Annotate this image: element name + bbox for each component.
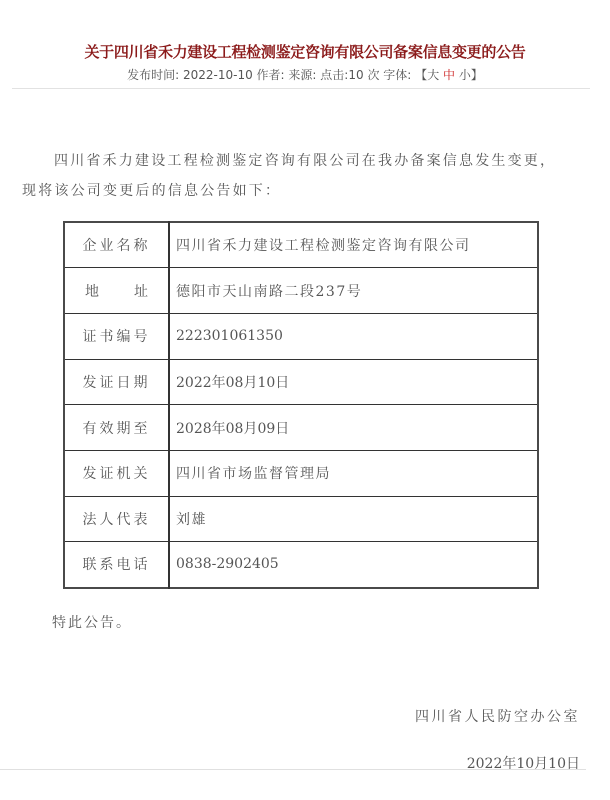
clicks-value: 10 (348, 68, 363, 82)
publish-date: 2022-10-10 (183, 68, 253, 82)
publish-label: 发布时间: (127, 68, 179, 82)
row-value-issue-date: 2022年08月10日 (169, 359, 538, 405)
article-meta: 发布时间: 2022-10-10 作者: 来源: 点击:10 次 字体: 【大 … (0, 66, 610, 83)
row-value-legal-representative: 刘雄 (169, 496, 538, 542)
row-value-phone: 0838-2902405 (169, 542, 538, 588)
font-size-large-button[interactable]: 大 (427, 68, 439, 82)
row-label-valid-until: 有效期至 (64, 405, 169, 451)
table-row: 有效期至 2028年08月09日 (64, 405, 538, 451)
clicks-label: 点击: (320, 68, 348, 82)
row-value-address: 德阳市天山南路二段237号 (169, 268, 538, 314)
intro-line-1: 四川省禾力建设工程检测鉴定咨询有限公司在我办备案信息发生变更， (22, 146, 592, 176)
table-row: 法人代表 刘雄 (64, 496, 538, 542)
row-label-issue-date: 发证日期 (64, 359, 169, 405)
footer-divider (0, 769, 586, 770)
bracket-close: 】 (471, 68, 483, 82)
intro-line-2: 现将该公司变更后的信息公告如下： (22, 176, 592, 206)
row-label-issuing-authority: 发证机关 (64, 450, 169, 496)
row-value-company-name: 四川省禾力建设工程检测鉴定咨询有限公司 (169, 222, 538, 268)
row-label-certificate-number: 证书编号 (64, 313, 169, 359)
font-size-label: 字体: (383, 68, 411, 82)
signature-date: 2022年10月10日 (467, 753, 580, 773)
clicks-unit: 次 (367, 68, 379, 82)
intro-paragraph: 四川省禾力建设工程检测鉴定咨询有限公司在我办备案信息发生变更， 现将该公司变更后… (22, 146, 592, 206)
table-row: 联系电话 0838-2902405 (64, 542, 538, 588)
font-size-medium-button[interactable]: 中 (443, 68, 455, 82)
header-divider (12, 88, 590, 89)
table-row: 发证机关 四川省市场监督管理局 (64, 450, 538, 496)
author-label: 作者: (257, 68, 285, 82)
font-size-small-button[interactable]: 小 (459, 68, 471, 82)
row-label-company-name: 企业名称 (64, 222, 169, 268)
article-title: 关于四川省禾力建设工程检测鉴定咨询有限公司备案信息变更的公告 (0, 41, 610, 62)
company-info-table: 企业名称 四川省禾力建设工程检测鉴定咨询有限公司 地 址 德阳市天山南路二段23… (63, 221, 539, 589)
row-label-phone: 联系电话 (64, 542, 169, 588)
row-value-valid-until: 2028年08月09日 (169, 405, 538, 451)
table-row: 证书编号 222301061350 (64, 313, 538, 359)
table-row: 发证日期 2022年08月10日 (64, 359, 538, 405)
row-label-address: 地 址 (64, 268, 169, 314)
row-label-legal-representative: 法人代表 (64, 496, 169, 542)
source-label: 来源: (288, 68, 316, 82)
closing-statement: 特此公告。 (52, 612, 132, 632)
table-row: 企业名称 四川省禾力建设工程检测鉴定咨询有限公司 (64, 222, 538, 268)
signer-organization: 四川省人民防空办公室 (415, 706, 580, 726)
row-value-certificate-number: 222301061350 (169, 313, 538, 359)
row-value-issuing-authority: 四川省市场监督管理局 (169, 450, 538, 496)
table-row: 地 址 德阳市天山南路二段237号 (64, 268, 538, 314)
bracket-open: 【 (415, 68, 427, 82)
